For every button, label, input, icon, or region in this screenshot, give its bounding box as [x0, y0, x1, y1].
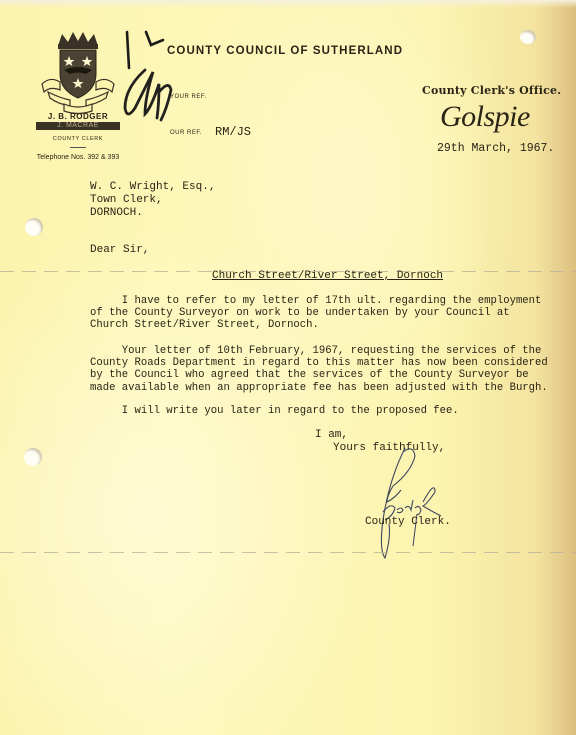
town-name: Golspie — [440, 100, 530, 134]
signoff-title: County Clerk. — [365, 516, 451, 528]
struck-out-name: J. MACRAE — [36, 122, 120, 130]
letter-date: 29th March, 1967. — [437, 142, 554, 155]
body-paragraph: I will write you later in regard to the … — [90, 405, 540, 417]
punch-hole — [24, 448, 42, 466]
clerk-title: COUNTY CLERK — [28, 136, 128, 142]
organization-name: COUNTY COUNCIL OF SUTHERLAND — [167, 45, 403, 57]
punch-hole — [25, 218, 43, 236]
salutation: Dear Sir, — [90, 244, 149, 256]
fold-line — [0, 552, 576, 553]
office-name: County Clerk's Office. — [422, 84, 561, 97]
recipient-line: Town Clerk, — [90, 194, 215, 207]
our-ref-label: OUR REF. — [170, 130, 202, 136]
recipient-line: W. C. Wright, Esq., — [90, 181, 215, 194]
top-edge-shade — [0, 0, 576, 8]
subject-line: Church Street/River Street, Dornoch — [212, 270, 443, 282]
coat-of-arms-icon — [40, 30, 116, 116]
divider — [70, 147, 86, 148]
recipient-line: DORNOCH. — [90, 207, 215, 220]
closing: I am, — [315, 429, 348, 441]
clerk-name: J. B. RODGER — [28, 112, 128, 121]
telephone-numbers: Telephone Nos. 392 & 393 — [26, 154, 130, 161]
letter-page: J. B. RODGER J. MACRAE COUNTY CLERK Tele… — [0, 0, 576, 735]
body-paragraph: Your letter of 10th February, 1967, requ… — [90, 345, 540, 394]
recipient-address: W. C. Wright, Esq., Town Clerk, DORNOCH. — [90, 181, 215, 220]
punch-hole — [520, 30, 536, 44]
handwritten-annotation-icon — [115, 28, 190, 124]
body-paragraph: I have to refer to my letter of 17th ult… — [90, 295, 540, 332]
signature-icon — [365, 440, 465, 565]
our-ref-value: RM/JS — [215, 125, 251, 139]
